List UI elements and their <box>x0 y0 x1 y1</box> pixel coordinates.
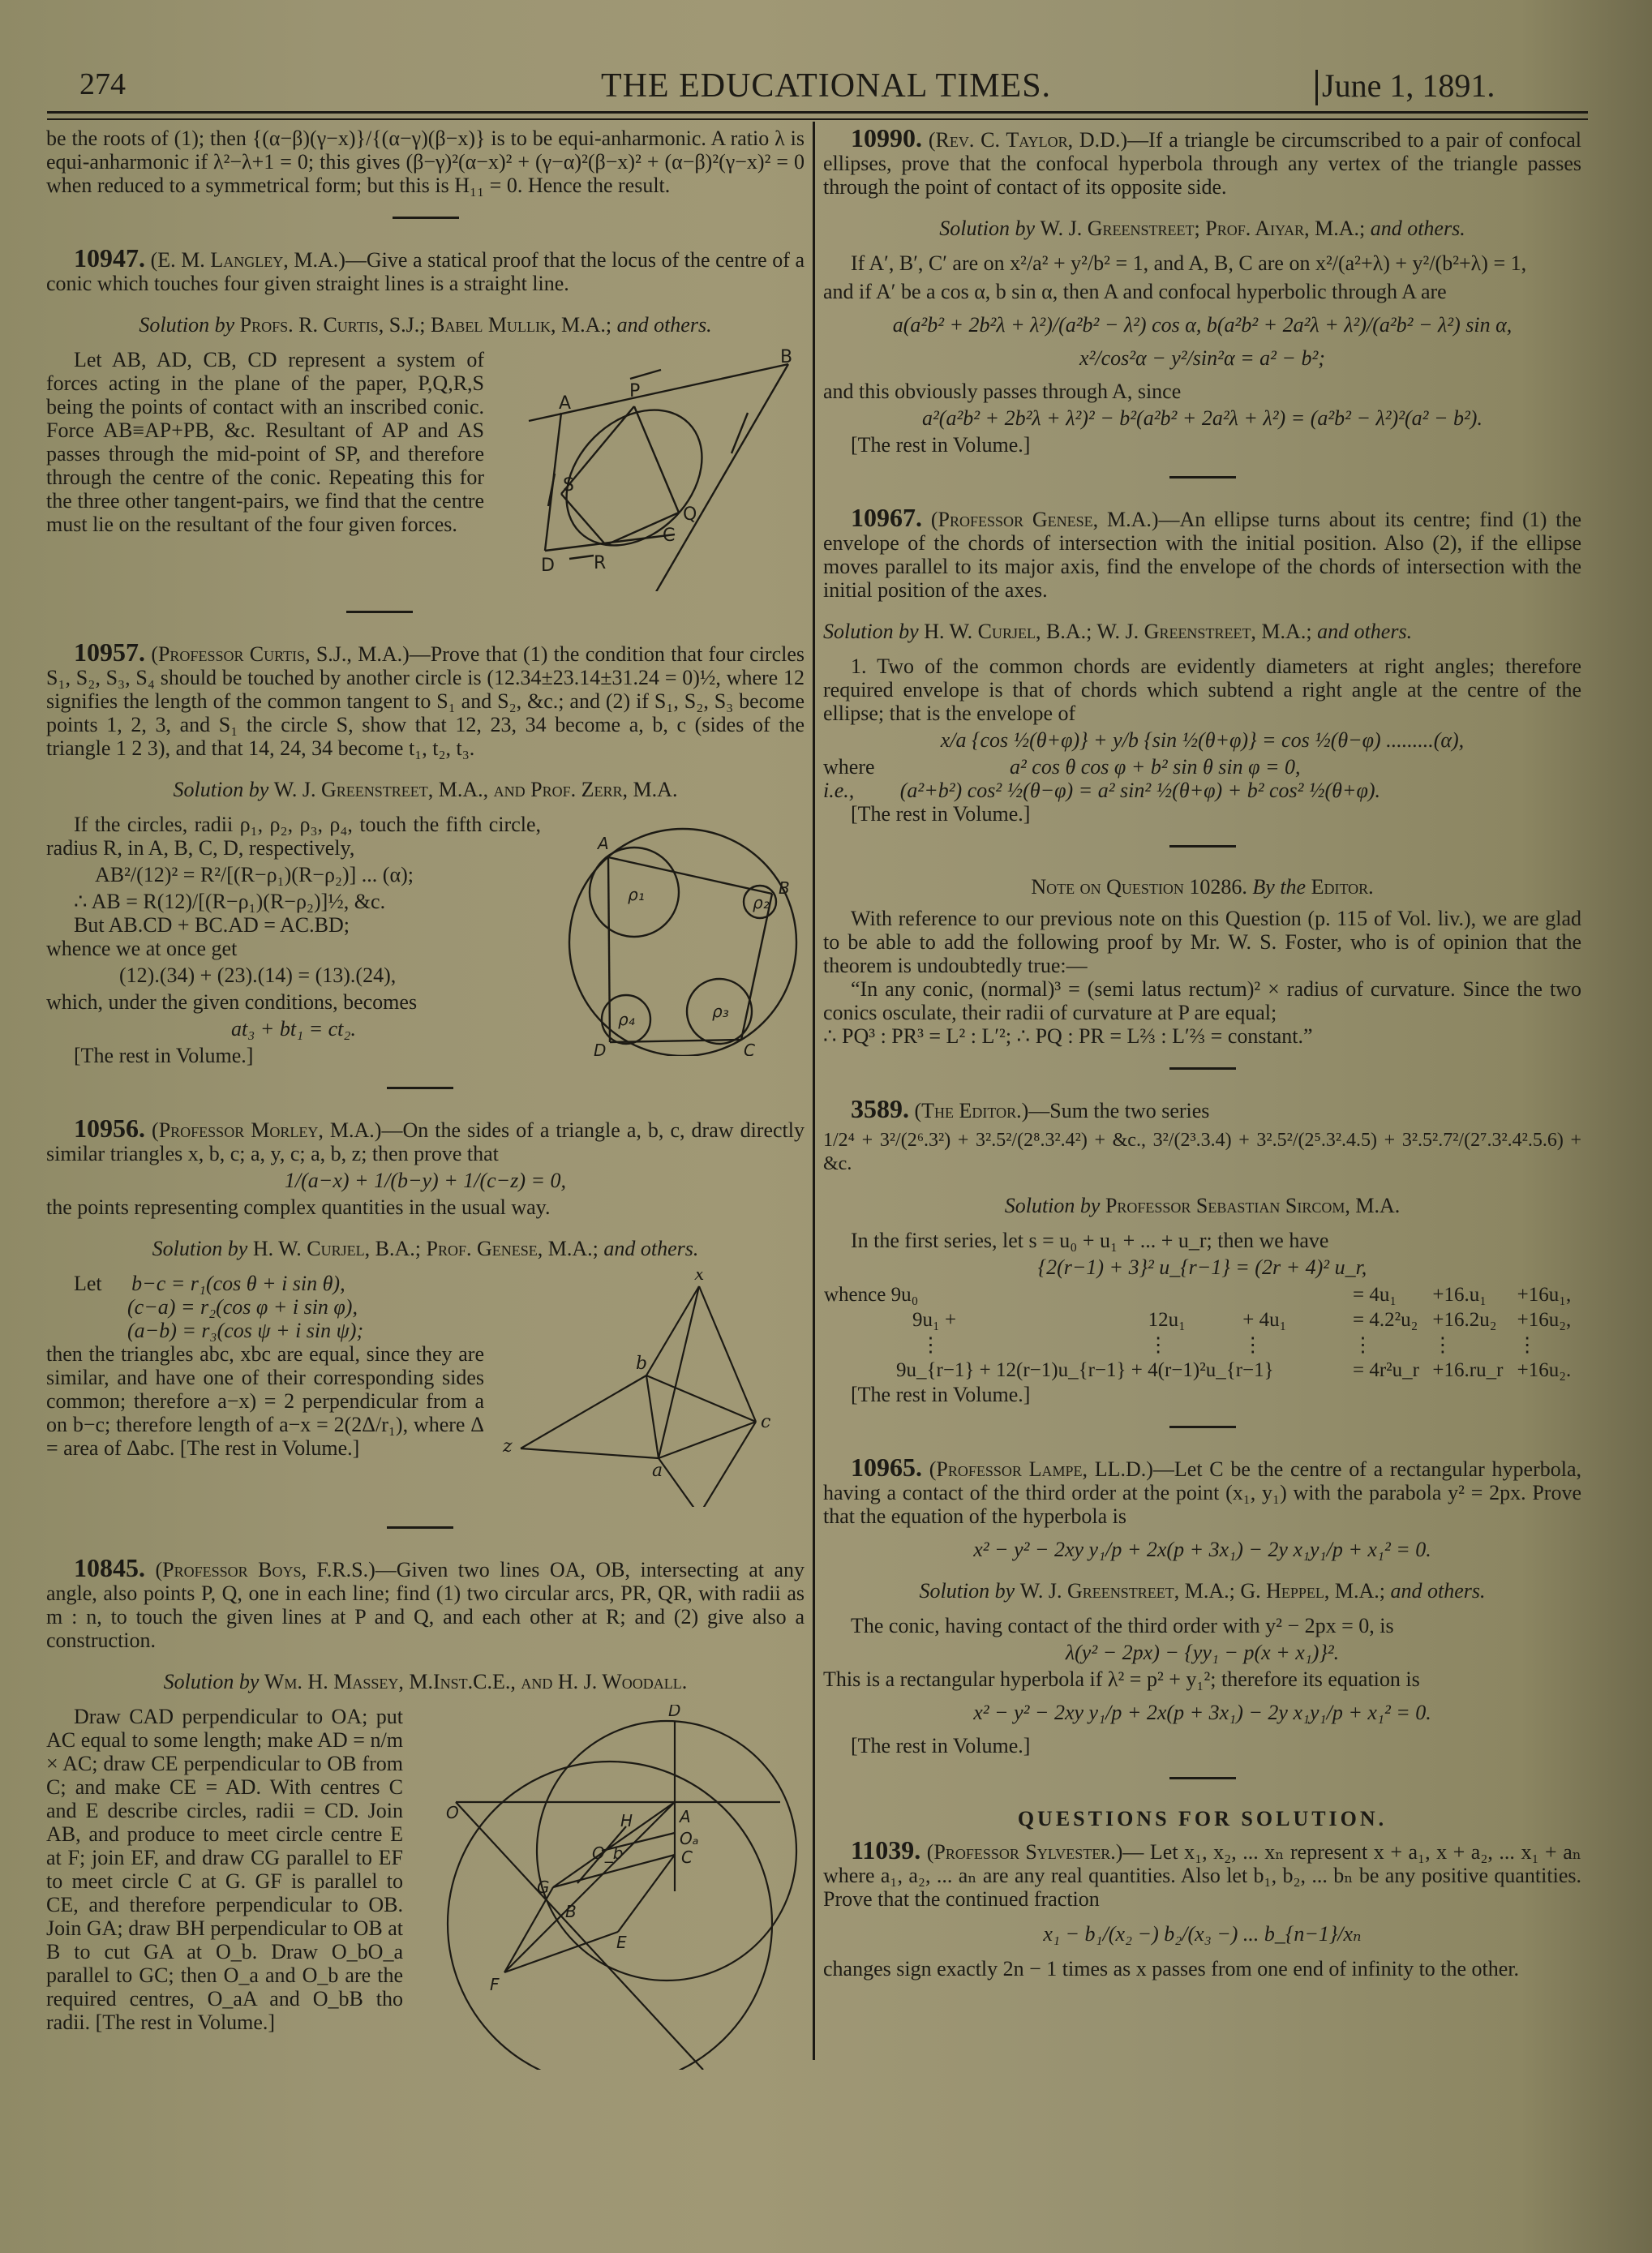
svg-text:B: B <box>779 878 790 898</box>
svg-text:S: S <box>563 475 574 496</box>
svg-text:C: C <box>663 526 675 546</box>
solution-byline: Solution by H. W. Curjel, B.A.; W. J. Gr… <box>823 620 1581 643</box>
solution-byline: Solution by Professor Sebastian Sircom, … <box>823 1194 1581 1217</box>
solution-byline: Solution by Wm. H. Massey, M.Inst.C.E., … <box>46 1670 805 1693</box>
masthead: 274 THE EDUCATIONAL TIMES. June 1, 1891. <box>0 67 1652 105</box>
svg-text:F: F <box>490 1975 500 1994</box>
svg-text:G: G <box>537 1878 550 1897</box>
svg-text:a: a <box>652 1461 663 1481</box>
equation: a² cos θ cos φ + b² sin θ sin φ = 0, <box>1010 755 1301 779</box>
proposer: (The Editor.) <box>915 1099 1029 1122</box>
section-separator <box>387 1526 453 1529</box>
series-equation: 1/2⁴ + 3²/(2⁶.3²) + 3².5²/(2⁸.3².4²) + &… <box>823 1129 1581 1176</box>
question-10845: 10845. (Professor Boys, F.R.S.)—Given tw… <box>46 1556 805 2070</box>
recurrence-table: whence 9u₀ = 4u₁ +16.u₁ +16u₁, 9u₁ + 12u… <box>823 1282 1581 1383</box>
solution-byline: Solution by W. J. Greenstreet, M.A., and… <box>46 778 805 801</box>
equation: But AB.CD + BC.AD = AC.BD; <box>74 913 541 937</box>
where-label: where <box>823 755 875 779</box>
svg-text:A: A <box>559 393 571 414</box>
header-rule <box>47 118 1588 120</box>
equation: b−c = r₁(cos θ + i sin θ), <box>131 1272 345 1295</box>
equation: x² − y² − 2xy y₁/p + 2x(p + 3x₁) − 2y x₁… <box>823 1701 1581 1724</box>
conic-quadrilateral-figure: BAP SQC DR <box>513 348 805 591</box>
question-text: changes sign exactly 2n − 1 times as x p… <box>823 1957 1581 1980</box>
solution-byline: Solution by Profs. R. Curtis, S.J.; Babe… <box>46 313 805 337</box>
svg-text:ρ₁: ρ₁ <box>628 885 645 904</box>
equation: (c−a) = r₂(cos φ + i sin φ), <box>127 1295 484 1319</box>
table-row: 9u₁ + 12u₁ + 4u₁ = 4.2²u₂ +16.2u₂ +16u₂, <box>823 1307 1581 1332</box>
proposer: (Professor Boys, F.R.S.) <box>155 1558 375 1581</box>
svg-text:Oₐ: Oₐ <box>680 1829 699 1848</box>
solution-text: This is a rectangular hyperbola if λ² = … <box>823 1667 1581 1691</box>
section-separator <box>1169 845 1236 848</box>
svg-text:z: z <box>502 1436 513 1457</box>
svg-text:D: D <box>541 556 555 576</box>
solution-text: 1. Two of the common chords are evidentl… <box>823 654 1581 725</box>
equation: (a−b) = r₃(cos ψ + i sin ψ); <box>127 1319 484 1342</box>
section-separator <box>387 1087 453 1089</box>
table-row: ⋮ ⋮ ⋮ ⋮ ⋮ ⋮ <box>823 1332 1581 1358</box>
table-row: 9u_{r−1} + 12(r−1)u_{r−1} + 4(r−1)²u_{r−… <box>823 1358 1581 1383</box>
journal-page: 274 THE EDUCATIONAL TIMES. June 1, 1891.… <box>0 0 1652 2253</box>
question-number: 10957. <box>74 637 145 667</box>
header-rule <box>47 111 1588 114</box>
continued-fraction: x₁ − b₁/(x₂ −) b₂/(x₃ −) ... b_{n−1}/xₙ <box>823 1922 1581 1946</box>
note-quote: “In any conic, (normal)³ = (semi latus r… <box>823 977 1581 1024</box>
solution-text: In the first series, let s = u₀ + u₁ + .… <box>823 1229 1581 1252</box>
svg-text:B: B <box>565 1902 577 1921</box>
question-10990: 10990. (Rev. C. Taylor, D.D.)—If a trian… <box>823 127 1581 457</box>
solution-text: and if A′ be a cos α, b sin α, then A an… <box>823 280 1581 303</box>
rest-in-volume: [The rest in Volume.] <box>851 802 1581 826</box>
proposer: (Professor Genese, M.A.) <box>931 508 1159 531</box>
question-number: 10990. <box>851 123 922 152</box>
solution-text: whence we at once get <box>46 937 541 960</box>
five-circles-figure: ABCD ρ₁ρ₂ρ₃ρ₄ <box>561 813 805 1056</box>
question-10957: 10957. (Professor Curtis, S.J., M.A.)—Pr… <box>46 641 805 1067</box>
table-row: whence 9u₀ = 4u₁ +16.u₁ +16u₁, <box>823 1282 1581 1307</box>
solution-text: which, under the given conditions, becom… <box>46 990 541 1014</box>
equation: a(a²b² + 2b²λ + λ²)/(a²b² − λ²) cos α, b… <box>823 313 1581 337</box>
question-10967: 10967. (Professor Genese, M.A.)—An ellip… <box>823 506 1581 826</box>
rest-in-volume: [The rest in Volume.] <box>851 1383 1581 1406</box>
proposer: (Professor Lampe, LL.D.) <box>929 1457 1153 1481</box>
solution-text: The conic, having contact of the third o… <box>823 1614 1581 1637</box>
solution-text: If A′, B′, C′ are on x²/a² + y²/b² = 1, … <box>823 251 1581 275</box>
question-number: 10965. <box>851 1453 922 1482</box>
question-number: 10947. <box>74 243 145 273</box>
question-number: 10956. <box>74 1114 145 1143</box>
rest-in-volume: [The rest in Volume.] <box>851 433 1581 457</box>
svg-text:A: A <box>678 1807 691 1826</box>
note-title: Note on Question 10286. By the Editor. <box>823 875 1581 899</box>
svg-text:A: A <box>596 834 609 853</box>
solution-byline: Solution by W. J. Greenstreet; Prof. Aiy… <box>823 217 1581 240</box>
solution-byline: Solution by H. W. Curjel, B.A.; Prof. Ge… <box>46 1237 805 1260</box>
svg-text:B: B <box>780 348 792 367</box>
svg-text:b: b <box>636 1354 647 1374</box>
question-10947: 10947. (E. M. Langley, M.A.)—Give a stat… <box>46 247 805 591</box>
ie-label: i.e., <box>823 779 854 802</box>
question-10965: 10965. (Professor Lampe, LL.D.)—Let C be… <box>823 1456 1581 1757</box>
svg-text:H: H <box>620 1811 633 1830</box>
solution-text: Let AB, AD, CB, CD represent a system of… <box>46 348 484 536</box>
svg-text:c: c <box>761 1412 770 1432</box>
svg-text:O_b: O_b <box>592 1843 623 1863</box>
question-number: 10845. <box>74 1553 145 1582</box>
question-10956: 10956. (Professor Morley, M.A.)—On the s… <box>46 1117 805 1507</box>
solution-text: Draw CAD perpendicular to OA; put AC equ… <box>46 1705 403 2034</box>
svg-text:x: x <box>694 1272 705 1285</box>
svg-text:P: P <box>629 381 640 401</box>
questions-for-solution-heading: QUESTIONS FOR SOLUTION. <box>823 1807 1581 1830</box>
left-column: be the roots of (1); then {(α−β)(γ−x)}/{… <box>46 127 805 2070</box>
proposer: (Professor Sylvester.) <box>927 1840 1123 1864</box>
section-separator <box>393 217 459 219</box>
equation: at₃ + bt₁ = ct₂. <box>46 1017 541 1041</box>
equation: λ(y² − 2px) − {yy₁ − p(x + x₁)}². <box>823 1641 1581 1664</box>
question-number: 3589. <box>851 1094 909 1123</box>
proposer: (E. M. Langley, M.A.) <box>151 248 345 272</box>
svg-text:ρ₃: ρ₃ <box>712 1002 729 1021</box>
svg-text:C: C <box>681 1847 693 1867</box>
solution-text: and this obviously passes through A, sin… <box>823 380 1581 403</box>
equation: 1/(a−x) + 1/(b−y) + 1/(c−z) = 0, <box>46 1169 805 1192</box>
solution-byline: Solution by W. J. Greenstreet, M.A.; G. … <box>823 1579 1581 1603</box>
svg-text:R: R <box>594 553 606 573</box>
equation: AB²/(12)² = R²/[(R−ρ₁)(R−ρ₂)] ... (α); <box>95 863 541 886</box>
equation: (12).(34) + (23).(14) = (13).(24), <box>119 963 541 987</box>
equation: ∴ AB = R(12)/[(R−ρ₁)(R−ρ₂)]½, &c. <box>74 890 541 913</box>
question-11039: 11039. (Professor Sylvester.)— Let x₁, x… <box>823 1839 1581 1980</box>
equation: {2(r−1) + 3}² u_{r−1} = (2r + 4)² u_r, <box>823 1255 1581 1279</box>
section-separator <box>1169 1426 1236 1428</box>
rest-in-volume: [The rest in Volume.] <box>74 1044 541 1067</box>
proposer: (Rev. C. Taylor, D.D.) <box>929 128 1127 152</box>
equation: (a²+b²) cos² ½(θ−φ) = a² sin² ½(θ+φ) + b… <box>900 779 1380 802</box>
equation: ∴ PQ³ : PR³ = L² : L′²; ∴ PQ : PR = L⅔ :… <box>823 1024 1581 1048</box>
solution-text: If the circles, radii ρ₁, ρ₂, ρ₃, ρ₄, to… <box>46 813 541 860</box>
proposer: (Professor Curtis, S.J., M.A.) <box>151 642 409 666</box>
question-3589: 3589. (The Editor.)—Sum the two series 1… <box>823 1097 1581 1406</box>
svg-text:O: O <box>446 1803 459 1822</box>
svg-text:ρ₄: ρ₄ <box>618 1010 635 1029</box>
note-text: With reference to our previous note on t… <box>823 907 1581 977</box>
svg-text:D: D <box>668 1705 680 1720</box>
equation: x²/cos²α − y²/sin²α = a² − b²; <box>823 346 1581 370</box>
svg-text:D: D <box>594 1041 606 1056</box>
let-label: Let <box>74 1272 102 1295</box>
question-number: 11039. <box>851 1835 920 1865</box>
svg-text:C: C <box>744 1041 755 1056</box>
section-separator <box>1169 476 1236 478</box>
equation: x/a {cos ½(θ+φ)} + y/b {sin ½(θ+φ)} = co… <box>823 728 1581 752</box>
rest-in-volume: [The rest in Volume.] <box>851 1734 1581 1757</box>
svg-text:ρ₂: ρ₂ <box>753 893 770 912</box>
question-number: 10967. <box>851 503 922 532</box>
proposer: (Professor Morley, M.A.) <box>152 1118 381 1142</box>
note-question-10286: Note on Question 10286. By the Editor. W… <box>823 875 1581 1048</box>
svg-text:E: E <box>616 1933 627 1952</box>
continuation-text: be the roots of (1); then {(α−β)(γ−x)}/{… <box>46 127 805 197</box>
section-separator <box>346 611 413 613</box>
equation: x² − y² − 2xy y₁/p + 2x(p + 3x₁) − 2y x₁… <box>823 1538 1581 1561</box>
solution-text: then the triangles abc, xbc are equal, s… <box>46 1342 484 1460</box>
right-column: 10990. (Rev. C. Taylor, D.D.)—If a trian… <box>823 127 1581 1980</box>
section-separator <box>1169 1067 1236 1070</box>
issue-date: June 1, 1891. <box>1322 67 1495 105</box>
svg-text:Q: Q <box>683 504 697 525</box>
tangent-arcs-construction-figure: DOH AOₐO_b CGB EF <box>423 1705 805 2070</box>
column-divider <box>813 122 815 2060</box>
question-text: —Sum the two series <box>1028 1099 1209 1122</box>
similar-triangles-figure: xbc za <box>496 1272 805 1507</box>
equation: a²(a²b² + 2b²λ + λ²)² − b²(a²b² + 2a²λ +… <box>823 406 1581 430</box>
question-text: the points representing complex quantiti… <box>46 1195 805 1219</box>
section-separator <box>1169 1777 1236 1779</box>
